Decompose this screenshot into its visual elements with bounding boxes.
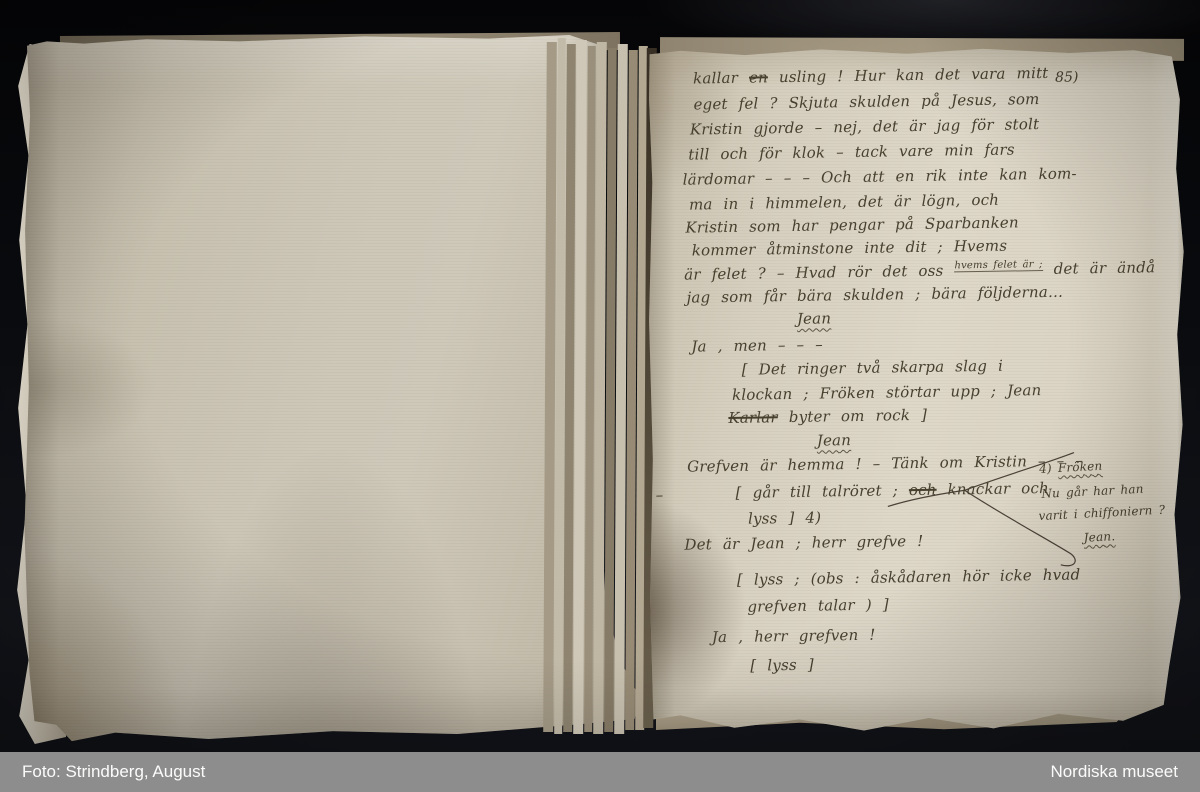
margin-note-line: Jean. [1083,529,1115,545]
margin-note-line: varit i chiffoniern ? [1038,503,1165,523]
manuscript-text: 85) 4) FrökenNu går har hanvarit i chiff… [643,40,1194,740]
manuscript-line: Ja , men – – – [691,335,823,355]
manuscript-line: Det är Jean ; herr grefve ! [684,532,923,554]
manuscript-line: Jean [797,309,832,328]
museum-photo: 85) 4) FrökenNu går har hanvarit i chiff… [0,0,1200,792]
manuscript-line: – [655,486,663,504]
photo-credit: Foto: Strindberg, August [0,762,205,782]
margin-note-line: Nu går har han [1041,482,1144,501]
manuscript-line: lyss ] 4) [748,509,822,528]
manuscript-line: grefven talar ) ] [747,595,889,615]
manuscript-line: Ja , herr grefven ! [712,626,876,647]
manuscript-line: Karlar byter om rock ] [728,406,927,427]
right-manuscript-page: 85) 4) FrökenNu går har hanvarit i chiff… [648,44,1188,736]
museum-name: Nordiska museet [1050,762,1200,782]
manuscript-line: Jean [817,431,852,450]
manuscript-line: [ lyss ] [750,656,814,675]
caption-bar: Foto: Strindberg, August Nordiska museet [0,752,1200,792]
